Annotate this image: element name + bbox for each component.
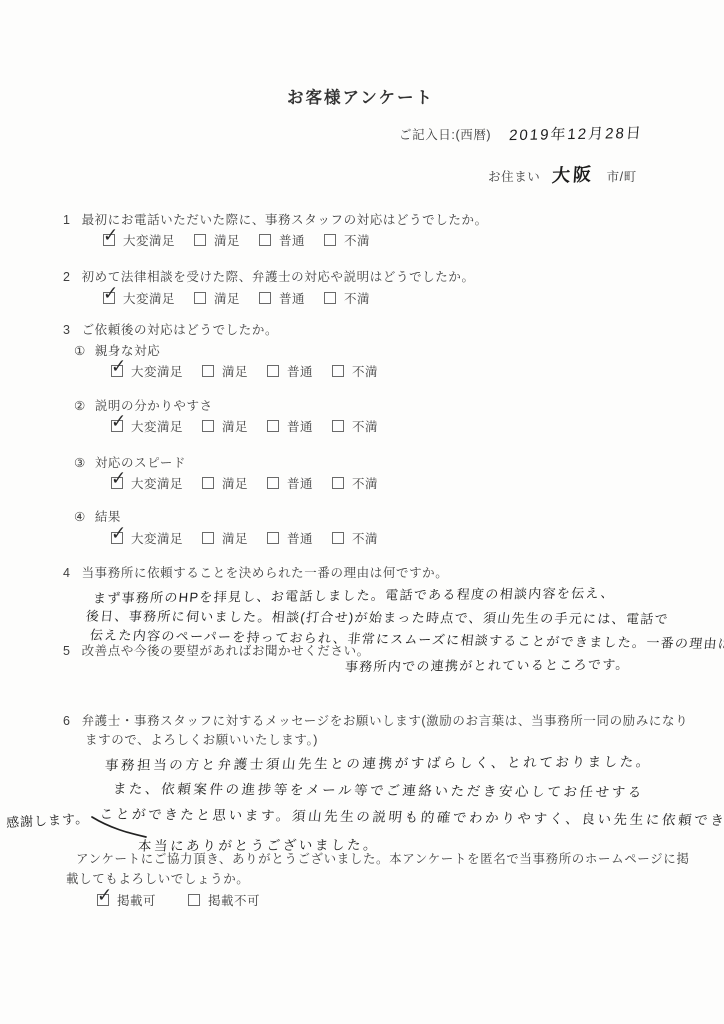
option-dissatisfied: 不満 bbox=[332, 529, 378, 547]
sub-2-number: ② bbox=[74, 399, 86, 415]
question-4: 4当事務所に依頼することを決められた一番の理由は何ですか。 bbox=[63, 566, 448, 582]
sub-3-number: ③ bbox=[74, 456, 86, 472]
checkbox-normal bbox=[267, 477, 279, 489]
question-3-sub-2: ②説明の分かりやすさ bbox=[74, 399, 213, 415]
option-label: 大変満足 bbox=[131, 474, 183, 492]
option-label: 普通 bbox=[279, 231, 305, 249]
q6-margin-note: 感謝します。 bbox=[6, 808, 90, 831]
option-satisfied: 満足 bbox=[202, 529, 248, 547]
question-1: 1最初にお電話いただいた際に、事務スタッフの対応はどうでしたか。 bbox=[63, 213, 488, 229]
question-6: 6弁護士・事務スタッフに対するメッセージをお願いします(激励のお言葉は、当事務所… bbox=[63, 714, 688, 730]
question-2-number: 2 bbox=[63, 270, 71, 286]
option-normal: 普通 bbox=[267, 529, 313, 547]
option-satisfied: 満足 bbox=[202, 417, 248, 435]
residence-value-handwritten: 大阪 bbox=[552, 163, 596, 187]
question-5: 5改善点や今後の要望があればお聞かせください。 bbox=[63, 644, 370, 660]
publish-options: 掲載可 掲載不可 bbox=[97, 891, 260, 909]
option-label: 満足 bbox=[222, 474, 248, 492]
residence-suffix: 市/町 bbox=[607, 170, 637, 184]
checkbox-publish-ng bbox=[188, 894, 200, 906]
question-3-sub-1-options: 大変満足 満足 普通 不満 bbox=[111, 362, 378, 380]
option-label: 満足 bbox=[222, 417, 248, 435]
question-1-text: 最初にお電話いただいた際に、事務スタッフの対応はどうでしたか。 bbox=[82, 213, 488, 227]
checkbox-satisfied bbox=[194, 234, 206, 246]
option-publish-ok: 掲載可 bbox=[97, 891, 156, 909]
checkbox-satisfied bbox=[194, 292, 206, 304]
option-label: 不満 bbox=[352, 529, 378, 547]
question-2-options: 大変満足 満足 普通 不満 bbox=[103, 289, 370, 307]
question-3-sub-4-options: 大変満足 満足 普通 不満 bbox=[111, 529, 378, 547]
option-publish-ng: 掲載不可 bbox=[188, 891, 260, 909]
option-label: 大変満足 bbox=[123, 231, 175, 249]
q4-answer-line-4: 事務所内での連携がとれているところです。 bbox=[344, 654, 630, 675]
option-very-satisfied: 大変満足 bbox=[111, 529, 183, 547]
option-normal: 普通 bbox=[267, 417, 313, 435]
option-label: 掲載可 bbox=[117, 891, 156, 909]
option-label: 不満 bbox=[344, 289, 370, 307]
option-very-satisfied: 大変満足 bbox=[111, 474, 183, 492]
option-very-satisfied: 大変満足 bbox=[111, 362, 183, 380]
option-label: 不満 bbox=[344, 231, 370, 249]
question-1-options: 大変満足 満足 普通 不満 bbox=[103, 231, 370, 249]
option-label: 掲載不可 bbox=[208, 891, 260, 909]
question-5-number: 5 bbox=[63, 644, 71, 660]
page-title: お客様アンケート bbox=[287, 84, 434, 108]
option-label: 普通 bbox=[279, 289, 305, 307]
checkbox-very-satisfied bbox=[103, 292, 115, 304]
option-label: 満足 bbox=[222, 529, 248, 547]
date-line: ご記入日:(西暦) 2019年12月28日 bbox=[399, 126, 643, 145]
checkbox-dissatisfied bbox=[332, 420, 344, 432]
date-value-handwritten: 2019年12月28日 bbox=[508, 125, 643, 146]
checkbox-satisfied bbox=[202, 532, 214, 544]
checkbox-normal bbox=[259, 234, 271, 246]
option-dissatisfied: 不満 bbox=[324, 289, 370, 307]
option-satisfied: 満足 bbox=[202, 474, 248, 492]
option-satisfied: 満足 bbox=[194, 231, 240, 249]
closing-line-2: 載してもよろしいでしょうか。 bbox=[66, 872, 249, 888]
residence-line: お住まい 大阪 市/町 bbox=[488, 164, 637, 187]
option-label: 普通 bbox=[287, 529, 313, 547]
question-6-number: 6 bbox=[63, 714, 71, 730]
option-satisfied: 満足 bbox=[194, 289, 240, 307]
option-label: 大変満足 bbox=[131, 362, 183, 380]
option-label: 満足 bbox=[222, 362, 248, 380]
question-3-number: 3 bbox=[63, 323, 71, 339]
question-3-sub-3: ③対応のスピード bbox=[74, 456, 186, 472]
option-very-satisfied: 大変満足 bbox=[111, 417, 183, 435]
q4-answer-line-2: 後日、事務所に伺いました。相談(打合せ)が始まった時点で、須山先生の手元には、電… bbox=[85, 605, 670, 627]
checkbox-very-satisfied bbox=[111, 477, 123, 489]
q6-answer-line-2: また、依頼案件の進捗等をメール等でご連絡いただき安心してお任せする bbox=[112, 777, 645, 801]
checkbox-dissatisfied bbox=[324, 292, 336, 304]
option-dissatisfied: 不満 bbox=[332, 362, 378, 380]
question-3-sub-2-options: 大変満足 満足 普通 不満 bbox=[111, 417, 378, 435]
closing-line-1: アンケートにご協力頂き、ありがとうございました。本アンケートを匿名で当事務所のホ… bbox=[76, 852, 689, 868]
checkbox-very-satisfied bbox=[111, 365, 123, 377]
option-label: 普通 bbox=[287, 417, 313, 435]
sub-1-number: ① bbox=[74, 344, 86, 360]
question-3-sub-3-options: 大変満足 満足 普通 不満 bbox=[111, 474, 378, 492]
option-dissatisfied: 不満 bbox=[332, 417, 378, 435]
checkbox-satisfied bbox=[202, 477, 214, 489]
option-dissatisfied: 不満 bbox=[332, 474, 378, 492]
option-label: 大変満足 bbox=[131, 529, 183, 547]
question-1-number: 1 bbox=[63, 213, 71, 229]
checkbox-dissatisfied bbox=[332, 532, 344, 544]
question-6-text-line-1: 弁護士・事務スタッフに対するメッセージをお願いします(激励のお言葉は、当事務所一… bbox=[82, 714, 689, 728]
q6-answer-line-3: ことができたと思います。須山先生の説明も的確でわかりやすく、良い先生に依頼できた… bbox=[99, 802, 724, 829]
option-label: 不満 bbox=[352, 474, 378, 492]
q6-answer-line-1: 事務担当の方と弁護士須山先生との連携がすばらしく、とれておりました。 bbox=[104, 750, 653, 774]
option-label: 普通 bbox=[287, 362, 313, 380]
option-label: 大変満足 bbox=[123, 289, 175, 307]
checkbox-dissatisfied bbox=[324, 234, 336, 246]
checkbox-very-satisfied bbox=[111, 532, 123, 544]
question-4-number: 4 bbox=[63, 566, 71, 582]
question-3-text: ご依頼後の対応はどうでしたか。 bbox=[82, 323, 279, 337]
checkbox-normal bbox=[267, 420, 279, 432]
checkbox-satisfied bbox=[202, 365, 214, 377]
option-label: 満足 bbox=[214, 289, 240, 307]
sub-4-number: ④ bbox=[74, 510, 86, 526]
sub-4-text: 結果 bbox=[95, 510, 121, 524]
option-normal: 普通 bbox=[267, 362, 313, 380]
question-6-text-line-2: ますので、よろしくお願いいたします。) bbox=[85, 733, 318, 749]
scanned-survey-page: お客様アンケート ご記入日:(西暦) 2019年12月28日 お住まい 大阪 市… bbox=[0, 0, 724, 1024]
question-2: 2初めて法律相談を受けた際、弁護士の対応や説明はどうでしたか。 bbox=[63, 270, 475, 286]
option-label: 不満 bbox=[352, 417, 378, 435]
option-label: 不満 bbox=[352, 362, 378, 380]
checkbox-satisfied bbox=[202, 420, 214, 432]
sub-3-text: 対応のスピード bbox=[95, 456, 186, 470]
q4-answer-line-1: まず事務所のHPを拝見し、お電話しました。電話である程度の相談内容を伝え、 bbox=[92, 582, 615, 606]
option-label: 満足 bbox=[214, 231, 240, 249]
checkbox-normal bbox=[259, 292, 271, 304]
option-very-satisfied: 大変満足 bbox=[103, 231, 175, 249]
checkbox-dissatisfied bbox=[332, 477, 344, 489]
option-satisfied: 満足 bbox=[202, 362, 248, 380]
option-label: 大変満足 bbox=[131, 417, 183, 435]
option-normal: 普通 bbox=[267, 474, 313, 492]
date-label: ご記入日:(西暦) bbox=[399, 128, 491, 142]
option-label: 普通 bbox=[287, 474, 313, 492]
checkbox-publish-ok bbox=[97, 894, 109, 906]
sub-1-text: 親身な対応 bbox=[95, 344, 161, 358]
checkbox-dissatisfied bbox=[332, 365, 344, 377]
checkbox-very-satisfied bbox=[111, 420, 123, 432]
question-3: 3ご依頼後の対応はどうでしたか。 bbox=[63, 323, 278, 339]
option-very-satisfied: 大変満足 bbox=[103, 289, 175, 307]
question-5-text: 改善点や今後の要望があればお聞かせください。 bbox=[82, 644, 370, 658]
option-normal: 普通 bbox=[259, 231, 305, 249]
residence-label: お住まい bbox=[488, 170, 540, 184]
checkbox-normal bbox=[267, 365, 279, 377]
question-4-text: 当事務所に依頼することを決められた一番の理由は何ですか。 bbox=[82, 566, 449, 580]
checkbox-normal bbox=[267, 532, 279, 544]
checkbox-very-satisfied bbox=[103, 234, 115, 246]
question-2-text: 初めて法律相談を受けた際、弁護士の対応や説明はどうでしたか。 bbox=[82, 270, 475, 284]
option-dissatisfied: 不満 bbox=[324, 231, 370, 249]
option-normal: 普通 bbox=[259, 289, 305, 307]
